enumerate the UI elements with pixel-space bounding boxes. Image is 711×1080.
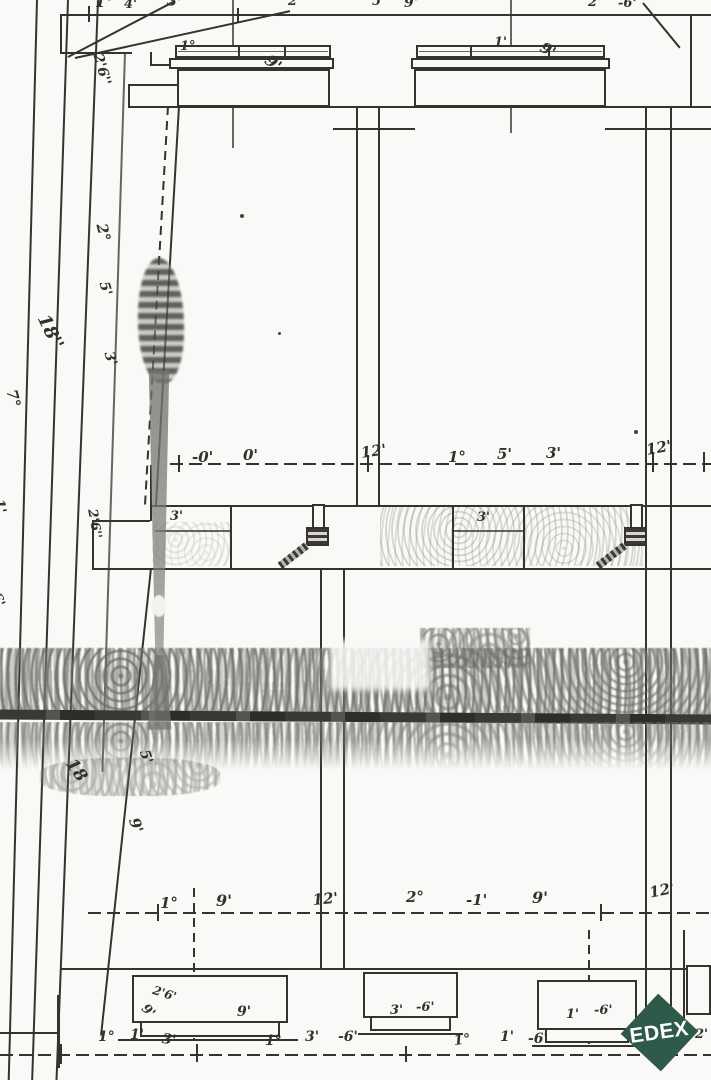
window-frame [363,972,458,1018]
window-mullion [238,46,240,57]
dimension-note: 12' [645,439,673,458]
dimension-note: 3' [102,350,119,367]
ink-speck [240,214,244,218]
tick-mark [157,904,159,921]
dimension-note: 1° [265,1034,282,1048]
dimension-note: -1' [466,893,487,908]
tick-mark [60,1044,62,1064]
smudge-gap [152,595,166,617]
dimension-note: 9' [216,893,232,909]
window-mullion [470,46,472,57]
flue-connector [278,542,310,569]
dimension-note: 2'6'' [85,508,103,540]
door-opening [452,530,523,532]
exterior-wall [645,106,647,1035]
dimension-note: 3' [170,510,183,523]
interior-wall [92,568,711,570]
scan-noise-band [420,628,530,668]
dimension-note: 1' [0,498,8,515]
dimension-note: 4' [124,0,137,11]
wall-line [523,505,525,568]
window-sill [358,1033,463,1035]
dimension-note: 1' [566,1008,579,1021]
window-sash [545,1028,629,1043]
flue-symbol [306,527,329,546]
window-frame [686,965,711,1015]
diagonal-line [642,2,680,48]
window-sash [140,1021,280,1037]
tick-mark [405,1046,407,1062]
dimension-note: 1' [130,1028,144,1042]
dimension-note: 1° [95,0,113,10]
dimension-note: 1' [500,1030,514,1044]
edex-logo-text: EDEX [629,1016,691,1048]
dimension-note: 9' [532,890,548,906]
window-frame [414,69,606,107]
dimension-note: 5' [497,447,512,462]
scan-gap [330,640,430,690]
dimension-note: 18'' [34,312,66,352]
flue-symbol [630,504,643,529]
wall-line [690,14,692,108]
window-rail [178,51,328,52]
tick-mark [178,455,180,472]
tick-mark [237,8,239,22]
dimension-note: 12' [360,442,387,460]
smudge-mark [138,258,184,383]
ink-speck [634,430,638,434]
window-rail [419,51,602,52]
window-frame [177,69,330,107]
dimension-note: 9' [237,1005,251,1019]
window-sill [169,58,334,69]
interior-wall [356,106,358,505]
dimension-note: 5' [372,0,385,8]
dimension-note: -6' [0,585,7,608]
tick-mark [88,6,90,22]
window-sill [411,58,610,69]
dimension-note: 1° [448,450,466,465]
dimension-note: 3' [166,0,182,10]
dimension-note: 2' [288,0,301,8]
dimension-note: 7° [3,388,22,409]
dimension-note: 3' [477,511,490,524]
dimension-note: -6' [416,1001,434,1014]
door-opening [155,530,230,532]
dimension-note: 0' [243,448,258,463]
dimension-note: 1° [453,1032,471,1048]
dimension-note: 1° [98,1030,115,1044]
dimension-note: 12' [312,891,339,908]
dimension-note: 3' [161,1032,177,1048]
dimension-note: 9' [404,0,418,10]
exterior-wall [605,128,711,130]
window-sash [370,1016,451,1031]
dimension-note: 3' [546,446,561,461]
dimension-line [0,1054,711,1056]
exterior-wall [60,968,711,970]
window-mullion [284,46,286,57]
dimension-note: 1' [494,36,507,49]
dimension-note: 2° [406,890,424,905]
dimension-note: -6' [528,1032,548,1046]
wall-line [683,930,685,1030]
flue-symbol [624,527,647,546]
ink-speck [278,332,281,335]
wall-line [60,14,62,52]
tick-mark [343,904,345,921]
dimension-note: 3' [390,1004,403,1017]
dimension-note: 9' [126,816,145,835]
exterior-wall [333,128,415,130]
dimension-note: 1° [180,40,196,53]
wall-line [452,505,454,568]
dimension-note: 1° [160,896,178,911]
dimension-line [88,912,711,914]
boundary-line [8,0,38,1080]
dimension-note: -6' [338,1030,358,1044]
window-sill [532,1045,644,1047]
wall-line [0,1032,60,1034]
dimension-note: 3' [305,1030,319,1044]
floorplan-scan: 1°4'3'2'5'9'2'-6'2'6''2°5'3'18''7°1'-6'2… [0,0,711,1080]
flue-symbol [312,504,325,529]
dimension-note: 2° [93,222,112,243]
dimension-note: -6' [618,0,636,10]
diagonal-line [68,0,176,58]
dimension-note: 2' [588,0,601,9]
tick-mark [703,452,705,472]
dimension-note: -0' [192,450,213,465]
wall-line [230,505,232,568]
wall-line [128,84,130,108]
interior-wall [100,568,152,1036]
dimension-note: 5' [97,280,114,297]
window-frame [537,980,637,1030]
tick-mark [196,1044,198,1062]
dimension-note: -6' [594,1004,612,1017]
tick-mark [600,904,602,921]
wall-line [128,84,184,86]
dimension-line [60,14,711,16]
